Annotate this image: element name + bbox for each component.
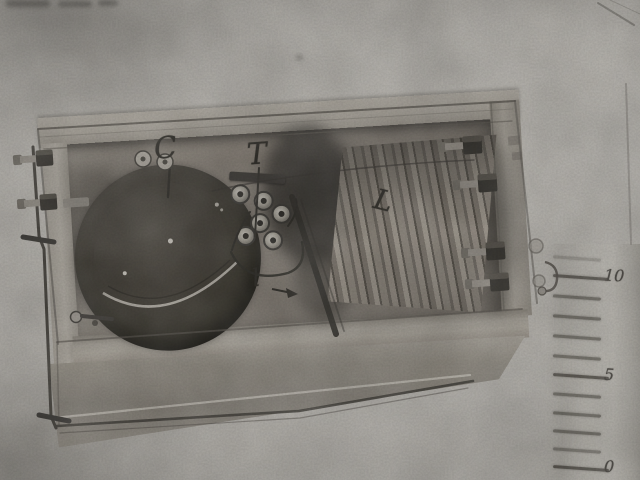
- ruler-tick: [553, 294, 601, 300]
- ruler-number-0: 0: [604, 457, 615, 477]
- ruler-tick: [553, 373, 609, 380]
- ruler-tick: [553, 465, 609, 472]
- apparatus-box: [40, 100, 536, 450]
- ruler-tick: [553, 392, 601, 398]
- ruler-number-5: 5: [604, 365, 615, 385]
- ruler-tick: [553, 334, 601, 340]
- ruler-tick: [553, 429, 601, 435]
- photo-scratches: [598, 0, 640, 244]
- photo-speck: [215, 203, 219, 207]
- ruler-tick: [553, 447, 601, 453]
- photo-blemish: [58, 1, 92, 7]
- photo-speck: [220, 208, 223, 211]
- ruler-tick: [553, 354, 601, 360]
- photo-blemish: [98, 0, 118, 6]
- ruler-tick: [553, 255, 601, 261]
- label-t: T: [246, 139, 268, 170]
- ruler-tick: [553, 411, 601, 417]
- ruler-tick: [553, 274, 609, 281]
- slatted-frame-shading: [314, 131, 511, 326]
- measuring-ruler: 10 5 0: [546, 244, 640, 480]
- photo-blemish: [6, 0, 50, 7]
- label-c: C: [152, 133, 178, 165]
- photo-speck: [168, 238, 173, 243]
- ruler-number-10: 10: [604, 265, 625, 285]
- photo-speck: [123, 271, 127, 275]
- ruler-tick: [553, 314, 601, 320]
- photograph: 10 5 0: [0, 0, 640, 480]
- photo-blemish: [296, 55, 303, 60]
